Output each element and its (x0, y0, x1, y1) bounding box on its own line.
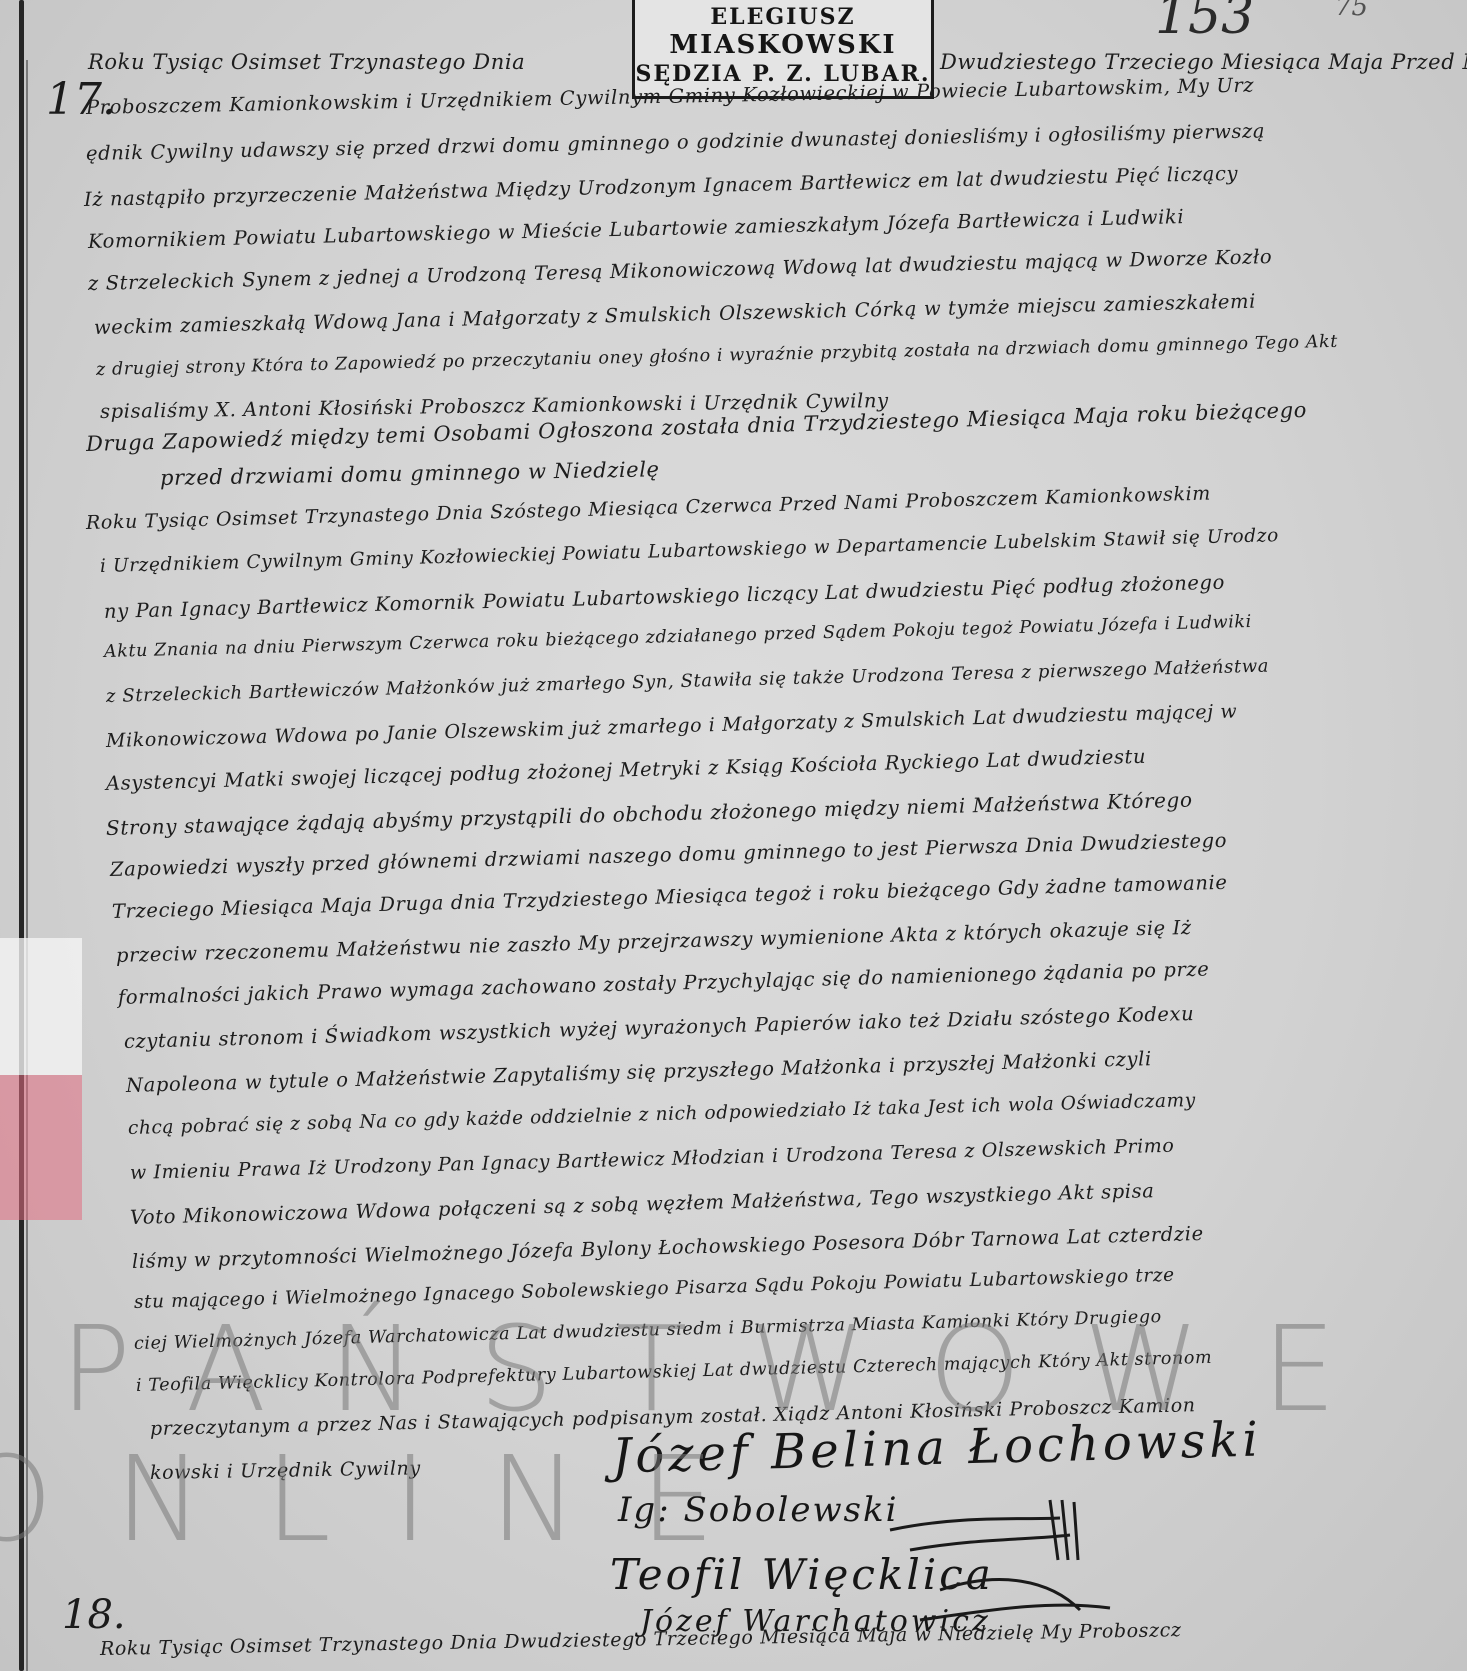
act-line-18: liśmy w przytomności Wielmożnego Józefa … (132, 1222, 1204, 1273)
act-line-13: czytaniu stronom i Świadkom wszystkich w… (124, 1002, 1195, 1053)
act-line-12: formalności jakich Prawo wymaga zachowan… (118, 957, 1210, 1009)
act-line-9: Zapowiedzi wyszły przed głównemi drzwiam… (110, 829, 1228, 881)
act-line-10: Trzeciego Miesiąca Maja Druga dnia Trzyd… (112, 871, 1228, 923)
entry-17-line-5: Komornikiem Powiatu Lubartowskiego w Mie… (88, 205, 1185, 253)
act-line-5: z Strzeleckich Bartłewiczów Małżonków ju… (106, 656, 1270, 707)
act-line-7: Asystencyi Matki swojej liczącej podług … (106, 745, 1147, 795)
folio-number: 153 (1155, 0, 1254, 46)
entry-17-line-1: Roku Tysiąc Osimset Trzynastego Dnia (88, 50, 525, 74)
act-line-14: Napoleona w tytule o Małżeństwie Zapytal… (126, 1047, 1152, 1097)
act-line-15: chcą pobrać się z sobą Na co gdy każde o… (128, 1090, 1196, 1139)
entry-17-line-7: weckim zamieszkałą Wdową Jana i Małgorza… (94, 290, 1256, 339)
entry-17-line-1b: Dwudziestego Trzeciego Miesiąca Maja Prz… (940, 50, 1467, 74)
margin-highlight-pink (0, 1075, 82, 1220)
watermark-line-1: PAŃSTWOWE (60, 1300, 1398, 1438)
stamp-line-2: MIASKOWSKI (635, 30, 931, 60)
signature-flourish-icon (880, 1490, 1120, 1640)
entry-17-line-6: z Strzeleckich Synem z jednej a Urodzoną… (88, 245, 1273, 295)
act-line-11: przeciw rzeczonemu Małżeństwu nie zaszło… (116, 916, 1192, 967)
entry-17-line-3: ędnik Cywilny udawszy się przed drzwi do… (86, 119, 1266, 165)
document-page: 153 75 ELEGIUSZ MIASKOWSKI SĘDZIA P. Z. … (0, 0, 1467, 1671)
act-line-8: Strony stawające żądają abyśmy przystąpi… (106, 788, 1193, 840)
margin-rule-line (19, 0, 24, 1671)
entry-17-line-8: z drugiej strony Która to Zapowiedź po p… (96, 332, 1338, 380)
folio-number-secondary: 75 (1335, 0, 1368, 22)
entry-17-line-4: Iż nastąpiło przyrzeczenie Małżeństwa Mi… (84, 162, 1239, 211)
act-line-1: Roku Tysiąc Osimset Trzynastego Dnia Szó… (86, 483, 1211, 534)
act-line-2: i Urzędnikiem Cywilnym Gminy Kozłowiecki… (100, 525, 1279, 577)
entry-number-18: 18. (62, 1592, 126, 1638)
watermark-line-2: ONLINE (0, 1430, 777, 1568)
margin-highlight-light (0, 938, 82, 1075)
stamp-line-1: ELEGIUSZ (635, 4, 931, 30)
entry-17-second-banns-cont: przed drzwiami domu gminnego w Niedzielę (160, 457, 660, 490)
act-line-16: w Imieniu Prawa Iż Urodzony Pan Ignacy B… (130, 1135, 1175, 1184)
act-line-6: Mikonowiczowa Wdowa po Janie Olszewskim … (106, 700, 1238, 752)
act-line-4: Aktu Znania na dniu Pierwszym Czerwca ro… (104, 612, 1252, 662)
act-line-17: Voto Mikonowiczowa Wdowa połączeni są z … (130, 1179, 1155, 1229)
act-line-3: ny Pan Ignacy Bartłewicz Komornik Powiat… (104, 571, 1225, 623)
